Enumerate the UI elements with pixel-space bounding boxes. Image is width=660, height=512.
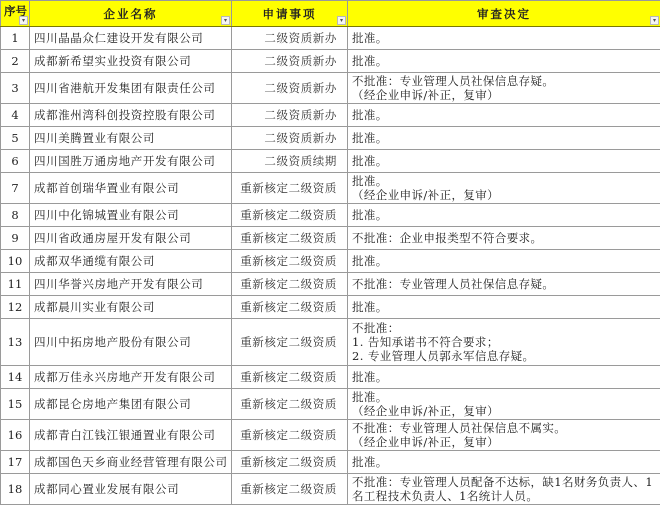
review-decision-cell[interactable]: 不批准：专业管理人员配备不达标，缺1名财务负责人、1名工程技术负责人、1名统计人… bbox=[348, 474, 660, 505]
review-decision-cell[interactable]: 批准。 bbox=[348, 204, 660, 227]
table-row: 8四川中化锦城置业有限公司重新核定二级资质批准。 bbox=[1, 204, 660, 227]
serial-no-cell[interactable]: 1 bbox=[1, 27, 30, 50]
review-decision-cell[interactable]: 批准。 bbox=[348, 296, 660, 319]
review-decision-cell[interactable]: 批准。 bbox=[348, 366, 660, 389]
company-name-cell[interactable]: 成都双华通缆有限公司 bbox=[30, 250, 232, 273]
company-name-cell[interactable]: 四川中拓房地产股份有限公司 bbox=[30, 319, 232, 366]
serial-no-cell[interactable]: 9 bbox=[1, 227, 30, 250]
application-item-cell[interactable]: 二级资质续期 bbox=[232, 150, 348, 173]
serial-no-cell[interactable]: 18 bbox=[1, 474, 30, 505]
company-name-cell[interactable]: 成都国色天乡商业经营管理有限公司 bbox=[30, 451, 232, 474]
application-item-cell[interactable]: 重新核定二级资质 bbox=[232, 296, 348, 319]
table-row: 16成都青白江钱江银通置业有限公司重新核定二级资质不批准：专业管理人员社保信息不… bbox=[1, 420, 660, 451]
review-decision-cell[interactable]: 批准。 bbox=[348, 50, 660, 73]
serial-no-cell[interactable]: 12 bbox=[1, 296, 30, 319]
dropdown-filter-icon[interactable]: ▾ bbox=[650, 16, 659, 25]
company-name-cell[interactable]: 四川晶晶众仁建设开发有限公司 bbox=[30, 27, 232, 50]
table-row: 4成都淮州湾科创投资控股有限公司二级资质新办批准。 bbox=[1, 104, 660, 127]
serial-no-cell[interactable]: 6 bbox=[1, 150, 30, 173]
application-item-cell[interactable]: 重新核定二级资质 bbox=[232, 273, 348, 296]
serial-no-cell[interactable]: 14 bbox=[1, 366, 30, 389]
review-decision-cell[interactable]: 批准。 bbox=[348, 104, 660, 127]
serial-no-cell[interactable]: 7 bbox=[1, 173, 30, 204]
company-name-cell[interactable]: 四川华誉兴房地产开发有限公司 bbox=[30, 273, 232, 296]
company-name-cell[interactable]: 成都青白江钱江银通置业有限公司 bbox=[30, 420, 232, 451]
application-item-cell[interactable]: 二级资质新办 bbox=[232, 27, 348, 50]
serial-no-cell[interactable]: 13 bbox=[1, 319, 30, 366]
header-review-decision: 审查决定 ▾ bbox=[348, 1, 660, 27]
table-row: 3四川省港航开发集团有限责任公司二级资质新办不批准：专业管理人员社保信息存疑。 … bbox=[1, 73, 660, 104]
serial-no-cell[interactable]: 15 bbox=[1, 389, 30, 420]
application-item-cell[interactable]: 重新核定二级资质 bbox=[232, 250, 348, 273]
application-item-cell[interactable]: 重新核定二级资质 bbox=[232, 319, 348, 366]
review-decision-cell[interactable]: 批准。 bbox=[348, 127, 660, 150]
review-decision-cell[interactable]: 不批准：企业申报类型不符合要求。 bbox=[348, 227, 660, 250]
application-item-cell[interactable]: 重新核定二级资质 bbox=[232, 474, 348, 505]
review-decision-cell[interactable]: 批准。 （经企业申诉/补正，复审） bbox=[348, 389, 660, 420]
table-row: 10成都双华通缆有限公司重新核定二级资质批准。 bbox=[1, 250, 660, 273]
table-row: 6四川国胜万通房地产开发有限公司二级资质续期批准。 bbox=[1, 150, 660, 173]
application-item-cell[interactable]: 二级资质新办 bbox=[232, 50, 348, 73]
serial-no-cell[interactable]: 10 bbox=[1, 250, 30, 273]
serial-no-cell[interactable]: 16 bbox=[1, 420, 30, 451]
company-name-cell[interactable]: 成都万佳永兴房地产开发有限公司 bbox=[30, 366, 232, 389]
table-row: 17成都国色天乡商业经营管理有限公司重新核定二级资质批准。 bbox=[1, 451, 660, 474]
serial-no-cell[interactable]: 3 bbox=[1, 73, 30, 104]
application-item-cell[interactable]: 重新核定二级资质 bbox=[232, 451, 348, 474]
company-name-cell[interactable]: 四川中化锦城置业有限公司 bbox=[30, 204, 232, 227]
dropdown-filter-icon[interactable]: ▾ bbox=[19, 16, 28, 25]
serial-no-cell[interactable]: 8 bbox=[1, 204, 30, 227]
company-name-cell[interactable]: 四川美腾置业有限公司 bbox=[30, 127, 232, 150]
table-row: 12成都晨川实业有限公司重新核定二级资质批准。 bbox=[1, 296, 660, 319]
serial-no-cell[interactable]: 4 bbox=[1, 104, 30, 127]
serial-no-cell[interactable]: 11 bbox=[1, 273, 30, 296]
table-row: 13四川中拓房地产股份有限公司重新核定二级资质不批准： 1. 告知承诺书不符合要… bbox=[1, 319, 660, 366]
company-name-cell[interactable]: 成都首创瑞华置业有限公司 bbox=[30, 173, 232, 204]
table-row: 14成都万佳永兴房地产开发有限公司重新核定二级资质批准。 bbox=[1, 366, 660, 389]
review-decision-cell[interactable]: 不批准： 1. 告知承诺书不符合要求； 2. 专业管理人员郭永军信息存疑。 bbox=[348, 319, 660, 366]
header-serial-no: 序号 ▾ bbox=[1, 1, 30, 27]
application-item-cell[interactable]: 二级资质新办 bbox=[232, 73, 348, 104]
header-label: 申请事项 bbox=[232, 7, 347, 21]
header-label: 审查决定 bbox=[348, 7, 660, 21]
review-decision-cell[interactable]: 批准。 bbox=[348, 150, 660, 173]
review-decision-cell[interactable]: 不批准：专业管理人员社保信息不属实。 （经企业申诉/补正，复审） bbox=[348, 420, 660, 451]
header-application-item: 申请事项 ▾ bbox=[232, 1, 348, 27]
table-row: 5四川美腾置业有限公司二级资质新办批准。 bbox=[1, 127, 660, 150]
dropdown-filter-icon[interactable]: ▾ bbox=[337, 16, 346, 25]
table-row: 15成都昆仑房地产集团有限公司重新核定二级资质批准。 （经企业申诉/补正，复审） bbox=[1, 389, 660, 420]
table-row: 9四川省政通房屋开发有限公司重新核定二级资质不批准：企业申报类型不符合要求。 bbox=[1, 227, 660, 250]
qualification-review-table: 序号 ▾ 企业名称 ▾ 申请事项 ▾ 审查决定 ▾ 1四川晶晶众仁建设开发有限公… bbox=[0, 0, 660, 505]
company-name-cell[interactable]: 四川省政通房屋开发有限公司 bbox=[30, 227, 232, 250]
application-item-cell[interactable]: 二级资质新办 bbox=[232, 104, 348, 127]
header-row: 序号 ▾ 企业名称 ▾ 申请事项 ▾ 审查决定 ▾ bbox=[1, 1, 660, 27]
review-decision-cell[interactable]: 批准。 bbox=[348, 250, 660, 273]
table-row: 7成都首创瑞华置业有限公司重新核定二级资质批准。 （经企业申诉/补正，复审） bbox=[1, 173, 660, 204]
table-row: 2成都新希望实业投资有限公司二级资质新办批准。 bbox=[1, 50, 660, 73]
company-name-cell[interactable]: 成都同心置业发展有限公司 bbox=[30, 474, 232, 505]
review-decision-cell[interactable]: 不批准：专业管理人员社保信息存疑。 （经企业申诉/补正，复审） bbox=[348, 73, 660, 104]
serial-no-cell[interactable]: 5 bbox=[1, 127, 30, 150]
company-name-cell[interactable]: 成都晨川实业有限公司 bbox=[30, 296, 232, 319]
company-name-cell[interactable]: 四川国胜万通房地产开发有限公司 bbox=[30, 150, 232, 173]
dropdown-filter-icon[interactable]: ▾ bbox=[221, 16, 230, 25]
company-name-cell[interactable]: 四川省港航开发集团有限责任公司 bbox=[30, 73, 232, 104]
table-row: 11四川华誉兴房地产开发有限公司重新核定二级资质不批准：专业管理人员社保信息存疑… bbox=[1, 273, 660, 296]
application-item-cell[interactable]: 重新核定二级资质 bbox=[232, 173, 348, 204]
review-decision-cell[interactable]: 不批准：专业管理人员社保信息存疑。 bbox=[348, 273, 660, 296]
application-item-cell[interactable]: 重新核定二级资质 bbox=[232, 204, 348, 227]
serial-no-cell[interactable]: 2 bbox=[1, 50, 30, 73]
application-item-cell[interactable]: 重新核定二级资质 bbox=[232, 420, 348, 451]
application-item-cell[interactable]: 二级资质新办 bbox=[232, 127, 348, 150]
application-item-cell[interactable]: 重新核定二级资质 bbox=[232, 366, 348, 389]
table-row: 1四川晶晶众仁建设开发有限公司二级资质新办批准。 bbox=[1, 27, 660, 50]
table-row: 18成都同心置业发展有限公司重新核定二级资质不批准：专业管理人员配备不达标，缺1… bbox=[1, 474, 660, 505]
application-item-cell[interactable]: 重新核定二级资质 bbox=[232, 227, 348, 250]
application-item-cell[interactable]: 重新核定二级资质 bbox=[232, 389, 348, 420]
header-label: 企业名称 bbox=[30, 7, 231, 21]
serial-no-cell[interactable]: 17 bbox=[1, 451, 30, 474]
review-decision-cell[interactable]: 批准。 （经企业申诉/补正，复审） bbox=[348, 173, 660, 204]
header-company-name: 企业名称 ▾ bbox=[30, 1, 232, 27]
review-decision-cell[interactable]: 批准。 bbox=[348, 451, 660, 474]
review-decision-cell[interactable]: 批准。 bbox=[348, 27, 660, 50]
company-name-cell[interactable]: 成都淮州湾科创投资控股有限公司 bbox=[30, 104, 232, 127]
company-name-cell[interactable]: 成都昆仑房地产集团有限公司 bbox=[30, 389, 232, 420]
company-name-cell[interactable]: 成都新希望实业投资有限公司 bbox=[30, 50, 232, 73]
